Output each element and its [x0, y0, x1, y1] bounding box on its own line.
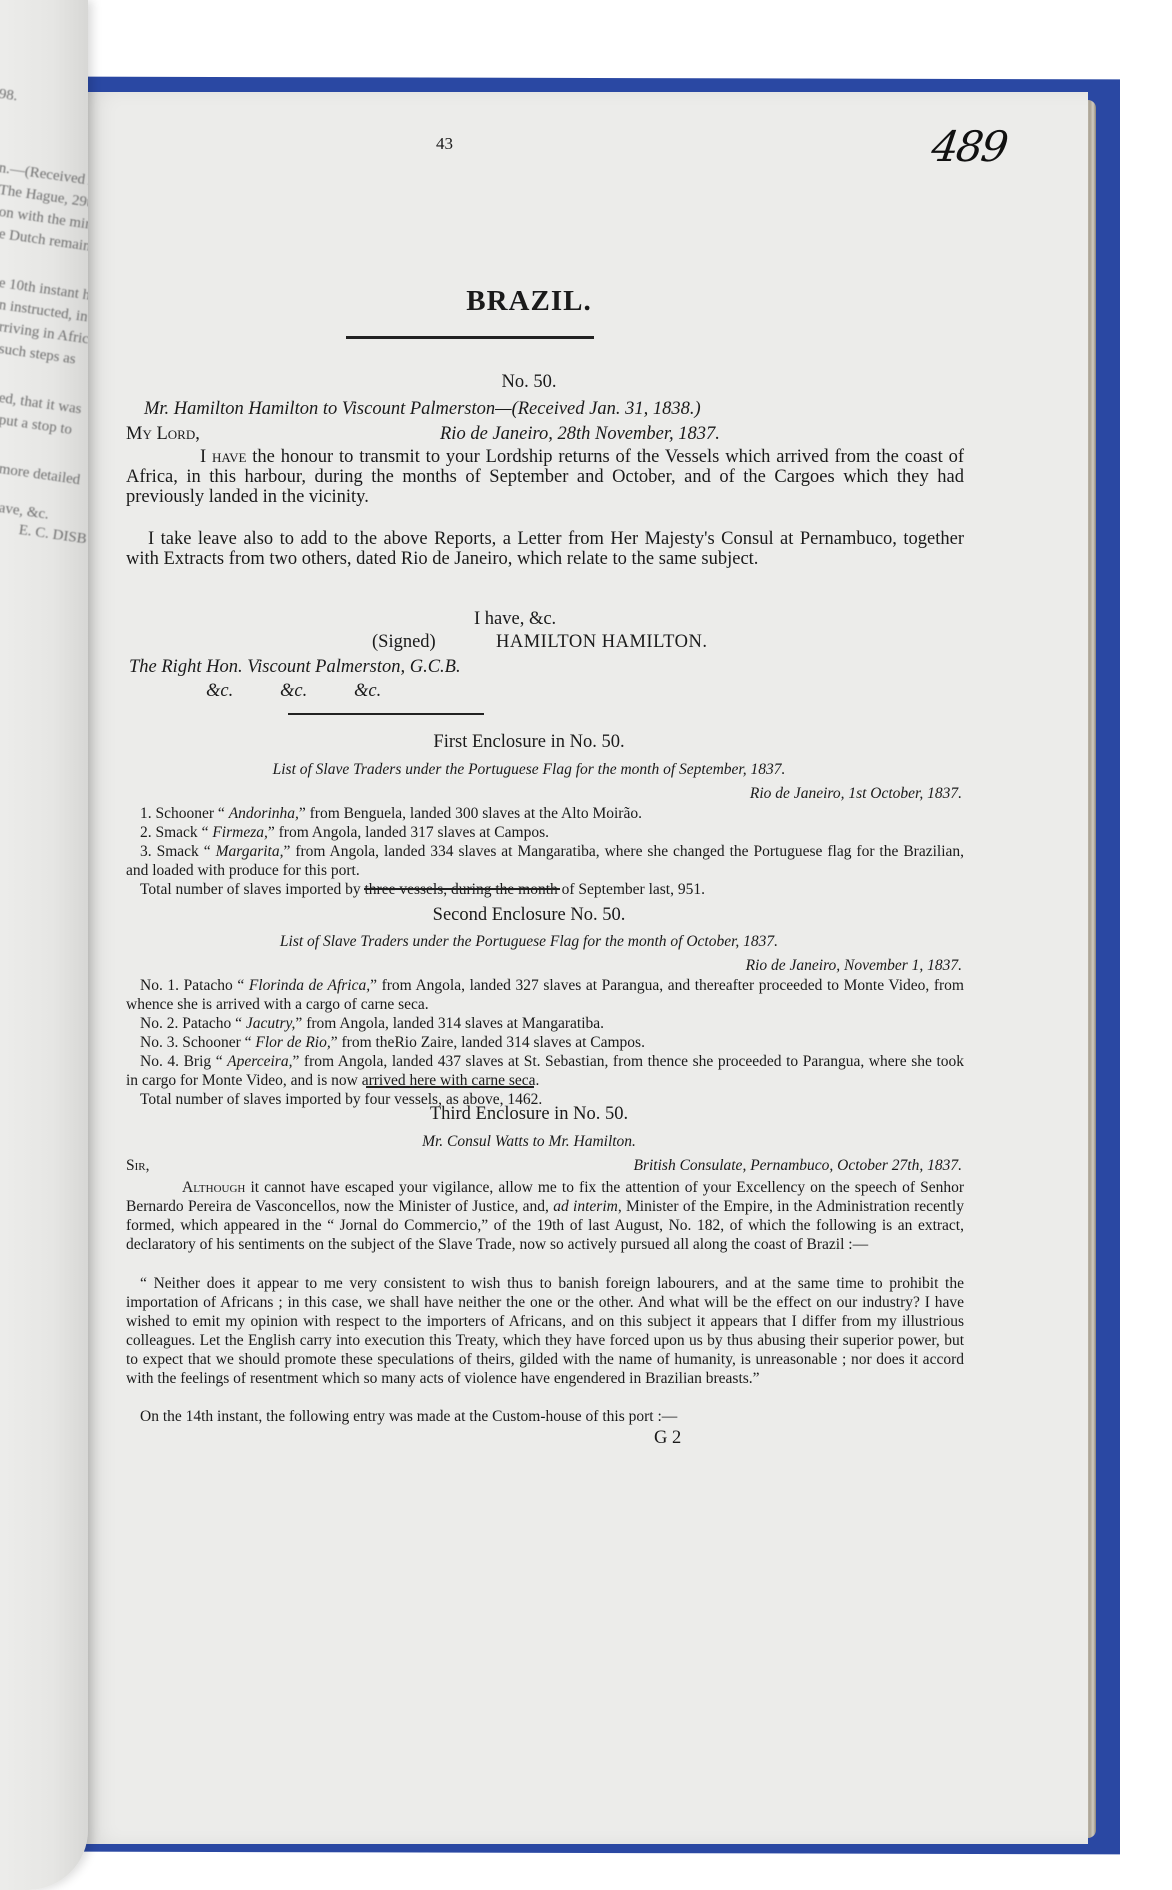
third-enclosure-place-date: British Consulate, Pernambuco, October 2…	[384, 1156, 962, 1175]
first-enclosure-list: 1. Schooner “ Andorinha,” from Benguela,…	[126, 804, 964, 899]
dispatch-addressee: The Right Hon. Viscount Palmerston, G.C.…	[129, 657, 461, 678]
second-enclosure-list: No. 1. Patacho “ Florinda de Africa,” fr…	[126, 976, 964, 1109]
section-rule	[288, 713, 484, 715]
dispatch-salutation: My Lord,	[126, 424, 200, 445]
bleed-line: more detailed	[0, 461, 88, 490]
dispatch-signature: HAMILTON HAMILTON.	[496, 632, 708, 653]
first-enclosure-subtitle: List of Slave Traders under the Portugue…	[84, 760, 974, 779]
third-enclosure-heading: Third Enclosure in No. 50.	[84, 1104, 974, 1125]
minister-quote: “ Neither does it appear to me very cons…	[126, 1274, 964, 1388]
dispatch-paragraph-1: I have the honour to transmit to your Lo…	[126, 447, 964, 507]
etc-3: &c.	[354, 681, 381, 702]
handwritten-folio-number: 489	[929, 122, 1010, 171]
title-rule	[346, 336, 594, 339]
dispatch-heading: Mr. Hamilton Hamilton to Viscount Palmer…	[144, 399, 701, 420]
list-item: 1. Schooner “ Andorinha,” from Benguela,…	[126, 804, 964, 823]
signature-mark: G 2	[654, 1428, 681, 1449]
second-enclosure-heading: Second Enclosure No. 50.	[84, 905, 974, 926]
list-item: 3. Smack “ Margarita,” from Angola, land…	[126, 842, 964, 880]
first-enclosure-heading: First Enclosure in No. 50.	[84, 732, 974, 753]
etc-2: &c.	[280, 681, 307, 702]
section-rule	[366, 1086, 534, 1088]
list-item: No. 3. Schooner “ Flor de Rio,” from the…	[126, 1033, 964, 1052]
document-page: 43 489 BRAZIL. No. 50. Mr. Hamilton Hami…	[84, 92, 1088, 1844]
third-enclosure-salutation: Sir,	[126, 1156, 150, 1175]
list-item: No. 1. Patacho “ Florinda de Africa,” fr…	[126, 976, 964, 1014]
para-lead: I have	[200, 447, 246, 467]
page-number: 43	[436, 134, 453, 154]
dispatch-number: No. 50.	[84, 372, 974, 393]
left-facing-page: 98. n.—(Received Apr The Hague, 29th Ap …	[0, 0, 88, 1890]
list-item: No. 4. Brig “ Aperceira,” from Angola, l…	[126, 1052, 964, 1090]
second-enclosure-subtitle: List of Slave Traders under the Portugue…	[84, 932, 974, 951]
etc-1: &c.	[206, 681, 233, 702]
section-rule	[364, 888, 560, 890]
dispatch-closing: I have, &c.	[474, 609, 556, 630]
page-title: BRAZIL.	[84, 285, 974, 318]
list-item: No. 2. Patacho “ Jacutry,” from Angola, …	[126, 1014, 964, 1033]
bleed-line: 98.	[0, 86, 88, 115]
dispatch-paragraph-2: I take leave also to add to the above Re…	[126, 529, 964, 569]
list-item: 2. Smack “ Firmeza,” from Angola, landed…	[126, 823, 964, 842]
third-enclosure-paragraph-3: On the 14th instant, the following entry…	[126, 1407, 964, 1426]
third-enclosure-subtitle: Mr. Consul Watts to Mr. Hamilton.	[84, 1132, 974, 1151]
first-enclosure-place-date: Rio de Janeiro, 1st October, 1837.	[384, 784, 962, 803]
second-enclosure-place-date: Rio de Janeiro, November 1, 1837.	[384, 956, 962, 975]
third-enclosure-paragraph-1: Although it cannot have escaped your vig…	[126, 1178, 964, 1254]
signed-label: (Signed)	[372, 632, 436, 653]
dispatch-place-date: Rio de Janeiro, 28th November, 1837.	[440, 424, 720, 445]
